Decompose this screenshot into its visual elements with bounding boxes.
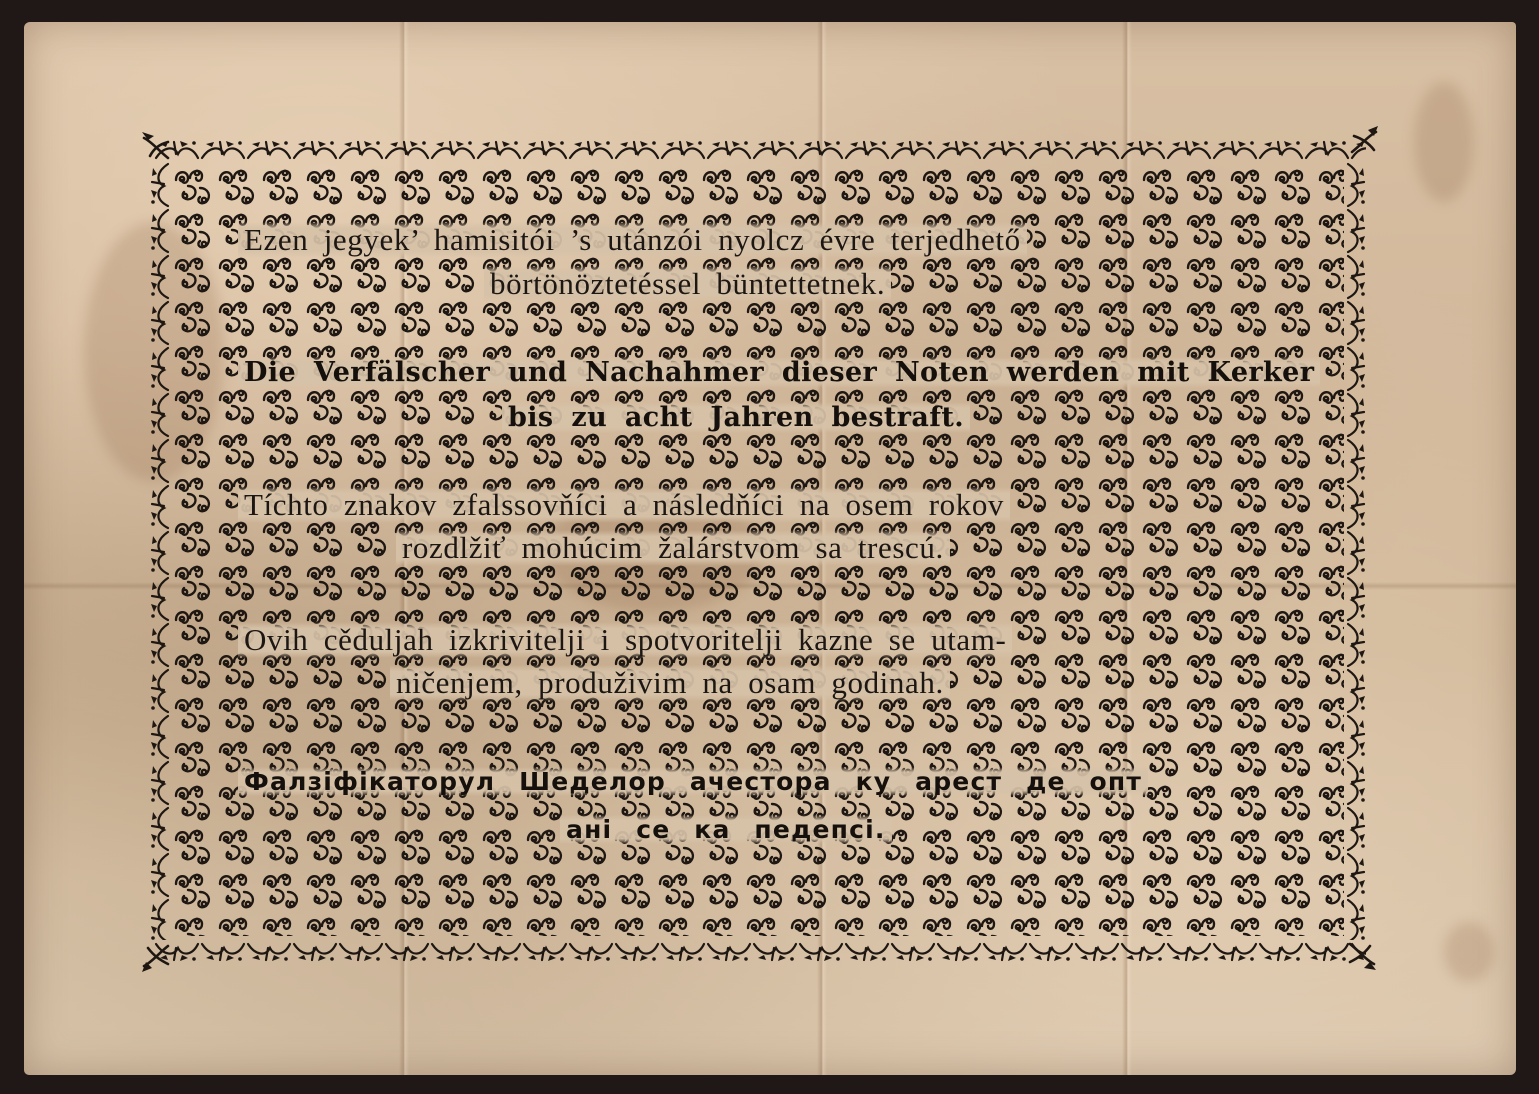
warning-line: börtönöztetéssel büntettetnek. [484,266,891,302]
warning-line: Tíchto znakov zfalssovňíci a následňíci … [238,487,1010,523]
corner-fleuron-icon [138,942,172,976]
warning-line: ані се ка педепсі. [560,815,892,844]
leaf-border-right [1342,162,1368,940]
paper-stain [1414,82,1474,202]
corner-fleuron-icon [1348,122,1382,156]
leaf-border-top [154,138,1366,164]
warning-line: rozdlžiť mohúcim žalárstvom sa trescú. [396,530,950,566]
warning-line: Die Verfälscher und Nachahmer dieser Not… [238,357,1320,388]
corner-fleuron-icon [1346,940,1380,974]
warning-line: Ovih cěduljah izkrivitelji i spotvoritel… [238,622,1012,658]
leaf-border-bottom [154,938,1366,964]
warning-line: bis zu acht Jahren bestraft. [502,402,970,433]
warning-line: ničenjem, produživim na osam godinah. [390,665,950,701]
corner-fleuron-icon [138,128,172,162]
leaf-border-left [148,162,174,940]
warning-line: Ezen jegyek’ hamisitói ’s utánzói nyolcz… [238,222,1027,258]
paper-stain [1444,922,1494,982]
warning-line: Фалзіфікаторул Шеделор ачестора ку арест… [238,767,1148,796]
scan-background: Ezen jegyek’ hamisitói ’s utánzói nyolcz… [0,0,1539,1094]
